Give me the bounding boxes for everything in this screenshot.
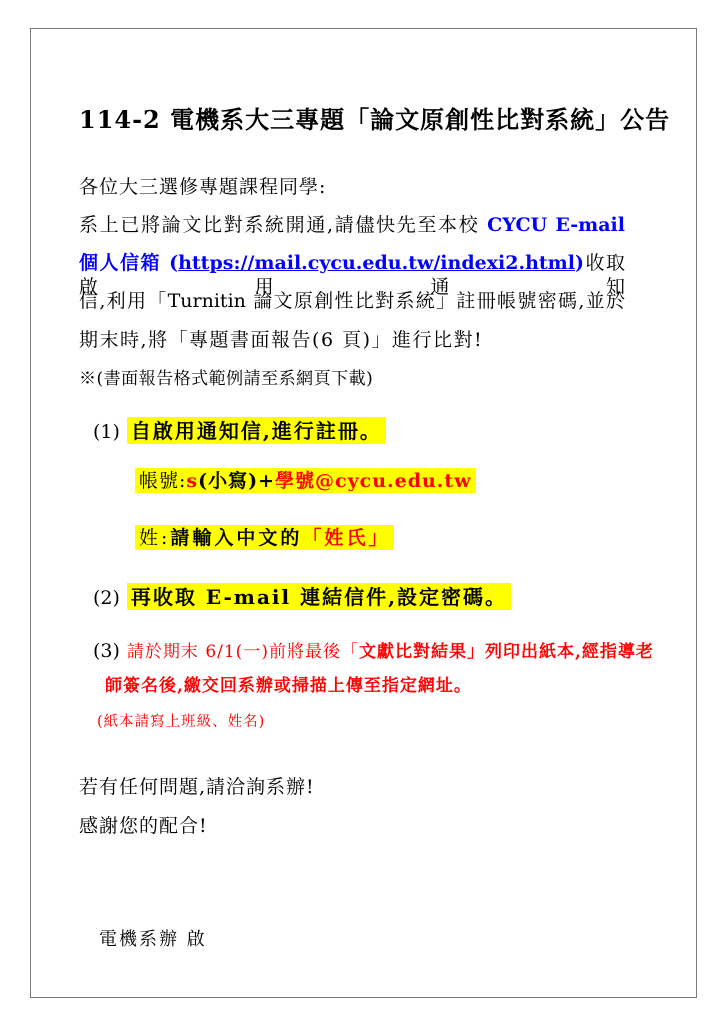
cycu-email-label: CYCU E-mail xyxy=(487,214,625,236)
format-note: ※(書面報告格式範例請至系網頁下載) xyxy=(79,369,373,390)
paragraph-line-1-text: 系上已將論文比對系統開通,請儘快先至本校 xyxy=(79,214,487,236)
document-page: 114-2 電機系大三專題「論文原創性比對系統」公告 各位大三選修專題課程同學:… xyxy=(30,28,697,998)
step-1-number: (1) xyxy=(93,421,120,443)
account-email-domain: 學號@cycu.edu.tw xyxy=(275,470,472,492)
step-3-number: (3) xyxy=(93,640,120,662)
account-s-prefix: s xyxy=(186,470,198,492)
name-line: 姓:請輸入中文的「姓氏」 xyxy=(135,527,394,551)
step-3-text-bold: 文獻比對結果」列印出紙本,經指導老 xyxy=(359,642,654,662)
step-1-highlighted-text: 自啟用通知信,進行註冊。 xyxy=(127,417,386,444)
paragraph-line-3: 信,利用「Turnitin 論文原創性比對系統」註冊帳號密碼,並於 xyxy=(79,290,625,314)
account-label: 帳號: xyxy=(139,470,186,492)
name-label: 姓: xyxy=(139,527,170,549)
paragraph-line-4: 期末時,將「專題書面報告(6 頁)」進行比對! xyxy=(79,329,483,353)
mail-url-link[interactable]: https://mail.cycu.edu.tw/indexi2.html xyxy=(178,252,575,274)
mailbox-label-close-paren: ) xyxy=(575,252,584,274)
step-3-line-2: 師簽名後,繳交回系辦或掃描上傳至指定網址。 xyxy=(105,676,472,697)
step-2: (2)再收取 E-mail 連結信件,設定密碼。 xyxy=(93,585,511,611)
closing-line-2: 感謝您的配合! xyxy=(79,815,208,839)
step-3-line-1: (3)請於期末 6/1(一)前將最後「文獻比對結果」列印出紙本,經指導老 xyxy=(93,640,654,664)
closing-line-1: 若有任何問題,請洽詢系辦! xyxy=(79,776,315,800)
paragraph-line-1: 系上已將論文比對系統開通,請儘快先至本校 CYCU E-mail xyxy=(79,214,625,238)
greeting-line: 各位大三選修專題課程同學: xyxy=(79,176,326,200)
step-1: (1)自啟用通知信,進行註冊。 xyxy=(93,419,386,445)
name-surname: 「姓氏」 xyxy=(302,527,390,549)
step-3-note: (紙本請寫上班級、姓名) xyxy=(97,713,265,731)
signature: 電機系辦 啟 xyxy=(99,929,207,952)
step-2-number: (2) xyxy=(93,587,120,609)
account-lowercase-note: (小寫)+ xyxy=(198,470,275,492)
paragraph-line-3-text: 信,利用「Turnitin 論文原創性比對系統」註冊帳號密碼,並於 xyxy=(79,290,625,312)
name-instruction: 請輸入中文的 xyxy=(170,527,302,549)
step-3-text-regular: 請於期末 6/1(一)前將最後「 xyxy=(127,642,359,662)
mailbox-label: 個人信箱 ( xyxy=(79,252,178,274)
account-line: 帳號:s(小寫)+學號@cycu.edu.tw xyxy=(135,470,476,494)
step-2-highlighted-text: 再收取 E-mail 連結信件,設定密碼。 xyxy=(127,583,511,610)
page-title: 114-2 電機系大三專題「論文原創性比對系統」公告 xyxy=(79,105,670,135)
